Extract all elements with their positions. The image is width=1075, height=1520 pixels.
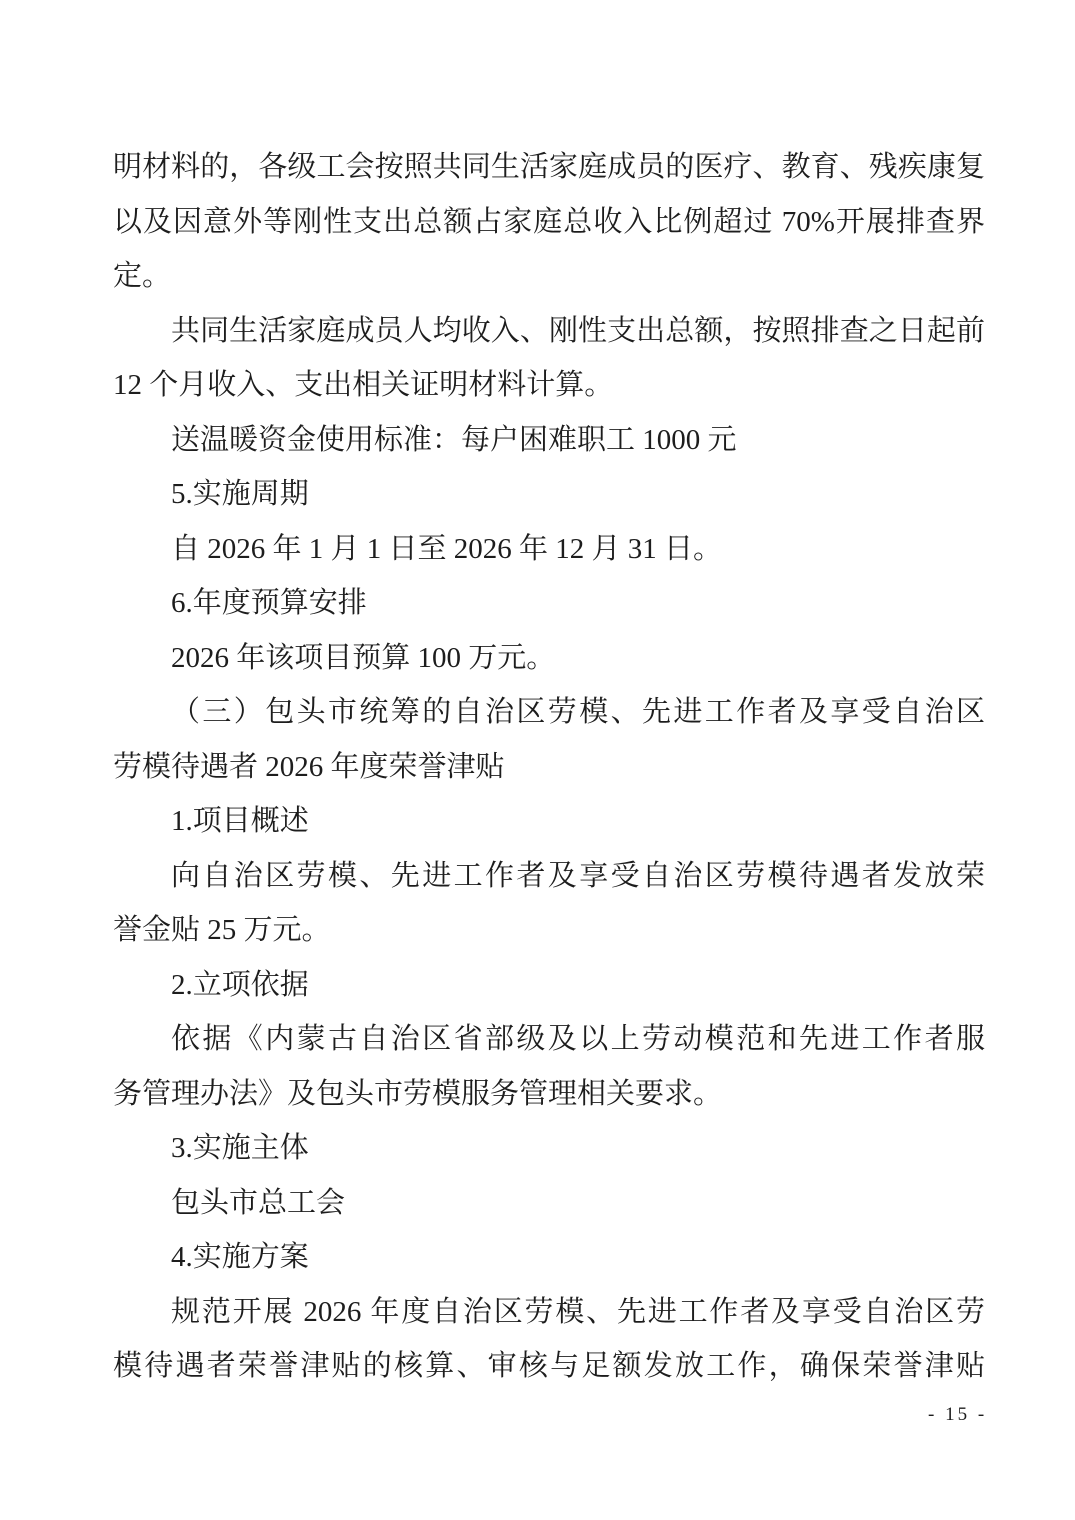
text-line: 定。 bbox=[113, 249, 985, 304]
section-heading-4: 4.实施方案 bbox=[113, 1230, 985, 1285]
section-heading-1: 1.项目概述 bbox=[113, 794, 985, 849]
text-line: 明材料的，各级工会按照共同生活家庭成员的医疗、教育、残疾康复 bbox=[113, 140, 985, 195]
text-line: 规范开展 2026 年度自治区劳模、先进工作者及享受自治区劳 bbox=[113, 1285, 985, 1340]
section-heading-2: 2.立项依据 bbox=[113, 958, 985, 1013]
text-line: 模待遇者荣誉津贴的核算、审核与足额发放工作，确保荣誉津贴 bbox=[113, 1339, 985, 1394]
section-heading-5: 5.实施周期 bbox=[113, 467, 985, 522]
text-line: 务管理办法》及包头市劳模服务管理相关要求。 bbox=[113, 1067, 985, 1122]
text-line: 共同生活家庭成员人均收入、刚性支出总额，按照排查之日起前 bbox=[113, 304, 985, 359]
section-heading-three: （三）包头市统筹的自治区劳模、先进工作者及享受自治区 bbox=[113, 685, 985, 740]
text-line: 劳模待遇者 2026 年度荣誉津贴 bbox=[113, 740, 985, 795]
document-body-text: 明材料的，各级工会按照共同生活家庭成员的医疗、教育、残疾康复 以及因意外等刚性支… bbox=[113, 140, 985, 1394]
text-line: 送温暖资金使用标准：每户困难职工 1000 元 bbox=[113, 413, 985, 468]
page-number: - 15 - bbox=[928, 1404, 987, 1426]
text-line: 向自治区劳模、先进工作者及享受自治区劳模待遇者发放荣 bbox=[113, 849, 985, 904]
text-line: 以及因意外等刚性支出总额占家庭总收入比例超过 70%开展排查界 bbox=[113, 195, 985, 250]
text-line: 誉金贴 25 万元。 bbox=[113, 903, 985, 958]
text-line: 包头市总工会 bbox=[113, 1176, 985, 1231]
text-line: 自 2026 年 1 月 1 日至 2026 年 12 月 31 日。 bbox=[113, 522, 985, 577]
section-heading-3: 3.实施主体 bbox=[113, 1121, 985, 1176]
text-line: 12 个月收入、支出相关证明材料计算。 bbox=[113, 358, 985, 413]
text-line: 2026 年该项目预算 100 万元。 bbox=[113, 631, 985, 686]
section-heading-6: 6.年度预算安排 bbox=[113, 576, 985, 631]
text-line: 依据《内蒙古自治区省部级及以上劳动模范和先进工作者服 bbox=[113, 1012, 985, 1067]
document-page: 明材料的，各级工会按照共同生活家庭成员的医疗、教育、残疾康复 以及因意外等刚性支… bbox=[0, 0, 1075, 1520]
